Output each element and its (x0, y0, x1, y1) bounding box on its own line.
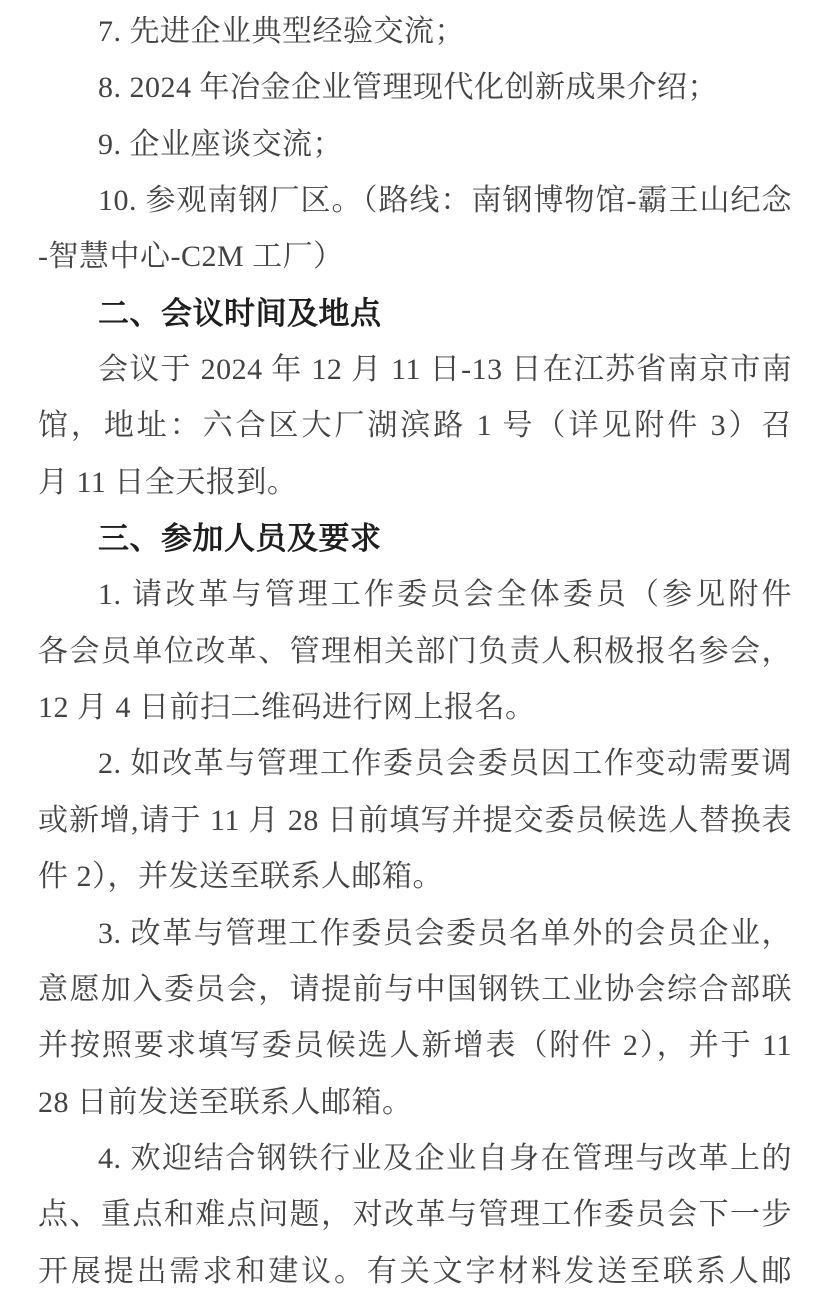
document-lines: 7. 先进企业典型经验交流；8. 2024 年冶金企业管理现代化创新成果介绍；9… (38, 4, 792, 1297)
text-line: 意愿加入委员会，请提前与中国钢铁工业协会综合部联系， (38, 962, 792, 1018)
section-heading: 二、会议时间及地点 (38, 286, 792, 342)
text-line: 3. 改革与管理工作委员会委员名单外的会员企业，如有 (38, 906, 792, 962)
text-line: 点、重点和难点问题，对改革与管理工作委员会下一步工作 (38, 1187, 792, 1243)
section-heading: 三、参加人员及要求 (38, 511, 792, 567)
text-line: -智慧中心-C2M 工厂） (38, 229, 792, 285)
text-line: 各会员单位改革、管理相关部门负责人积极报名参会，并于 (38, 624, 792, 680)
text-line: 12 月 4 日前扫二维码进行网上报名。 (38, 680, 792, 736)
text-line: 馆，地址：六合区大厂湖滨路 1 号（详见附件 3）召开，12 (38, 398, 792, 454)
document-page: 7. 先进企业典型经验交流；8. 2024 年冶金企业管理现代化创新成果介绍；9… (0, 0, 833, 1297)
text-line: 件 2），并发送至联系人邮箱。 (38, 849, 792, 905)
text-line: 8. 2024 年冶金企业管理现代化创新成果介绍； (38, 60, 792, 116)
text-line: 9. 企业座谈交流； (38, 117, 792, 173)
text-line: 并按照要求填写委员候选人新增表（附件 2），并于 11 月 (38, 1018, 792, 1074)
text-line: 7. 先进企业典型经验交流； (38, 4, 792, 60)
text-line: 开展提出需求和建议。有关文字材料发送至联系人邮箱，或 (38, 1244, 792, 1297)
text-line: 会议于 2024 年 12 月 11 日-13 日在江苏省南京市南钢宾 (38, 342, 792, 398)
text-line: 或新增,请于 11 月 28 日前填写并提交委员候选人替换表(附 (38, 793, 792, 849)
document-screenshot: { "document": { "page_background": "#fff… (0, 0, 833, 1297)
text-line: 月 11 日全天报到。 (38, 455, 792, 511)
text-line: 10. 参观南钢厂区。（路线：南钢博物馆-霸王山纪念馆 (38, 173, 792, 229)
text-line: 1. 请改革与管理工作委员会全体委员（参见附件 1）， (38, 567, 792, 623)
text-line: 2. 如改革与管理工作委员会委员因工作变动需要调整 (38, 736, 792, 792)
text-line: 28 日前发送至联系人邮箱。 (38, 1075, 792, 1131)
text-line: 4. 欢迎结合钢铁行业及企业自身在管理与改革上的热 (38, 1131, 792, 1187)
